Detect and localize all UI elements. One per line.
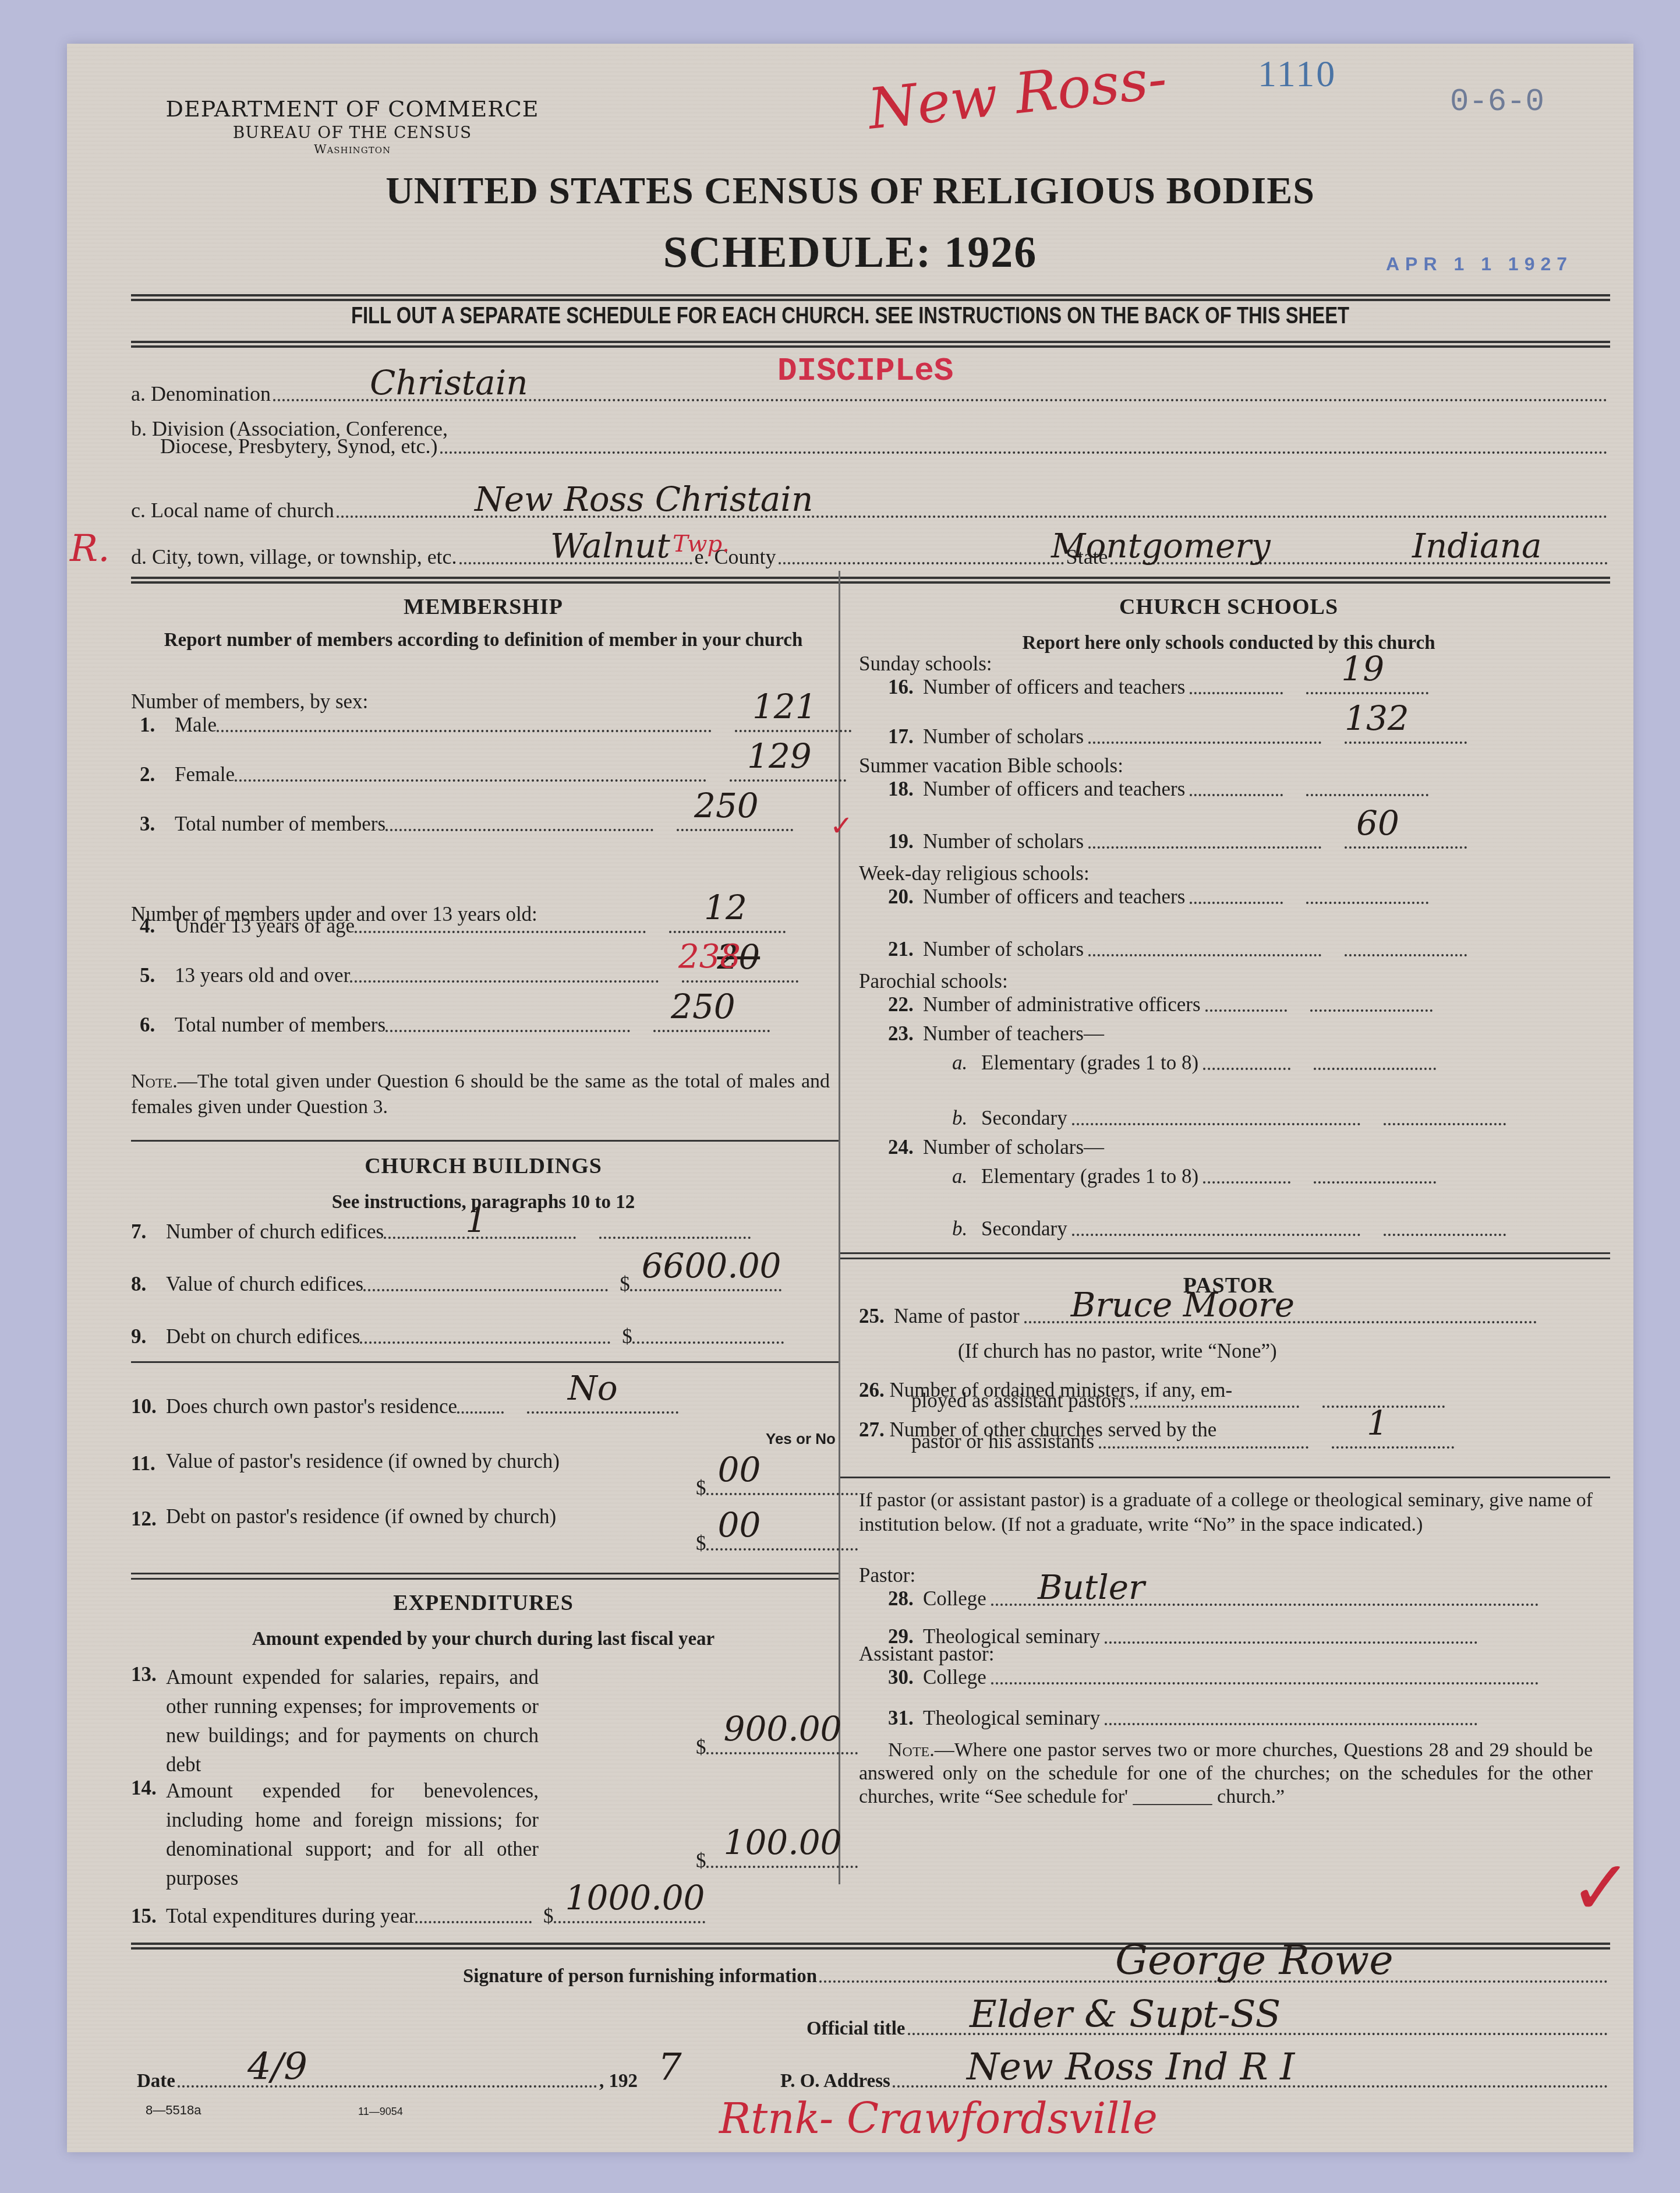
department-name: DEPARTMENT OF COMMERCE <box>143 96 562 122</box>
graduate-instruction: If pastor (or assistant pastor) is a gra… <box>859 1488 1593 1537</box>
expenditures-item-running[interactable]: 13. Amount expended for salaries, repair… <box>131 1663 713 1779</box>
schools-group-weekday: Week-day religious schools: <box>859 862 1090 885</box>
buildings-divider <box>131 1361 839 1363</box>
city-name: Washington <box>143 142 562 156</box>
edifices-value: 6600.00 <box>642 1246 781 1286</box>
schools-divider <box>840 1252 1610 1259</box>
expenditures-title: EXPENDITURES <box>131 1590 836 1616</box>
schools-item-16[interactable]: 16. Number of officers and teachers 19 <box>888 676 1428 699</box>
membership-item-total[interactable]: 3. Total number of members 250 <box>140 813 793 836</box>
elementary-teachers-input <box>1314 1068 1436 1070</box>
schools-item-17[interactable]: 17. Number of scholars 132 <box>888 725 1467 748</box>
header-divider <box>131 294 1610 301</box>
benevolences-value: 100.00 <box>724 1823 842 1862</box>
pastor-college-value: Butler <box>1038 1567 1145 1607</box>
local-name-field[interactable]: c. Local name of church New Ross Christa… <box>131 498 1610 522</box>
year-prefix: , 192 <box>599 2071 638 2092</box>
denomination-field[interactable]: a. Denomination Christain <box>131 382 1610 406</box>
admin-officers-input <box>1310 1009 1433 1012</box>
pastor-education-label: Pastor: <box>859 1564 915 1587</box>
membership-item-male[interactable]: 1. Male 121 <box>140 714 851 737</box>
schools-item-19[interactable]: 19. Number of scholars 60 <box>888 830 1467 853</box>
schools-item-23b[interactable]: b. Secondary <box>952 1107 1506 1130</box>
city-value: Walnut <box>550 526 670 566</box>
department-header: DEPARTMENT OF COMMERCE BUREAU OF THE CEN… <box>143 96 562 156</box>
male-count: 121 <box>752 687 817 726</box>
official-title-value: Elder & Supt-SS <box>970 1993 1281 2036</box>
official-title-label: Official title <box>807 2018 906 2040</box>
pastor-item-name[interactable]: 25. Name of pastor Bruce Moore <box>859 1305 1537 1328</box>
signature-value: George Rowe <box>1115 1936 1393 1984</box>
county-line <box>779 562 1064 564</box>
pastor-item-30[interactable]: 30. College <box>888 1666 1538 1689</box>
date-field[interactable]: Date , 192 4/9 7 <box>137 2071 719 2092</box>
instruction-divider <box>131 341 1610 348</box>
pastor-none-hint: (If church has no pastor, write “None”) <box>958 1340 1277 1363</box>
po-address-value: New Ross Ind R I <box>967 2046 1295 2089</box>
margin-r-mark: R. <box>70 527 110 570</box>
expenditures-item-benevolences[interactable]: 14. Amount expended for benevolences, in… <box>131 1777 713 1893</box>
membership-item-female[interactable]: 2. Female 129 <box>140 763 846 786</box>
membership-item-total-q6[interactable]: 6. Total number of members 250 <box>140 1013 770 1037</box>
schools-title: CHURCH SCHOOLS <box>847 594 1610 620</box>
total-count-q6: 250 <box>671 987 735 1026</box>
po-address-field[interactable]: P. O. Address New Ross Ind R I <box>780 2071 1610 2092</box>
summer-scholars-value: 60 <box>1356 803 1399 843</box>
summer-teachers-input <box>1306 794 1428 796</box>
date-label: Date <box>137 2071 175 2092</box>
buildings-item-residence-debt[interactable]: 12. Debt on pastor's residence (if owned… <box>131 1503 713 1531</box>
red-check-margin: ✓ <box>1569 1844 1633 1932</box>
fill-out-instruction: FILL OUT A SEPARATE SCHEDULE FOR EACH CH… <box>208 303 1492 329</box>
form-code-2: 11—9054 <box>358 2106 403 2118</box>
pastor-divider <box>840 1477 1610 1478</box>
red-check-q3: ✓ <box>830 810 853 842</box>
schools-group-parochial: Parochial schools: <box>859 970 1008 993</box>
local-name-label: c. Local name of church <box>131 498 334 522</box>
assistant-college-input <box>991 1682 1538 1685</box>
state-value: Indiana <box>1412 526 1541 566</box>
membership-item-under-13[interactable]: 4. Under 13 years of age 12 <box>140 914 786 938</box>
division-line <box>440 451 1608 454</box>
pastor-item-31[interactable]: 31. Theological seminary <box>888 1707 1477 1730</box>
benevolences-field[interactable]: $ 100.00 <box>684 1849 858 1873</box>
edifices-debt-input <box>632 1341 784 1344</box>
owns-residence-value: No <box>568 1368 618 1408</box>
assistant-education-label: Assistant pastor: <box>859 1643 994 1666</box>
signature-label: Signature of person furnishing informati… <box>463 1966 817 1987</box>
membership-subtitle: Report number of members according to de… <box>154 626 812 654</box>
residence-debt-field[interactable]: $ 00 <box>684 1532 858 1555</box>
buildings-item-owns-residence[interactable]: 10. Does church own pastor's residence N… <box>131 1395 678 1418</box>
po-address-label: P. O. Address <box>780 2071 890 2092</box>
pastor-seminary-input <box>1105 1641 1477 1644</box>
pastor-item-28[interactable]: 28. College Butler <box>888 1587 1538 1611</box>
expenditures-subtitle: Amount expended by your church during la… <box>131 1625 836 1653</box>
buildings-bottom-divider <box>131 1573 839 1580</box>
schools-item-24b[interactable]: b. Secondary <box>952 1217 1506 1241</box>
sunday-scholars-value: 132 <box>1345 698 1409 738</box>
residence-value-field[interactable]: $ 00 <box>684 1477 858 1500</box>
pastor-item-26[interactable]: ployed as assistant pastors <box>911 1389 1445 1412</box>
membership-divider <box>131 1140 839 1142</box>
date-value: 4/9 <box>247 2046 307 2089</box>
schools-group-sunday: Sunday schools: <box>859 652 992 676</box>
weekday-teachers-input <box>1306 902 1428 904</box>
red-annotation-crawfordsville: Rtnk- Crawfordsville <box>719 2094 1158 2143</box>
form-title: UNITED STATES CENSUS OF RELIGIOUS BODIES <box>67 169 1633 213</box>
other-churches-value: 1 <box>1367 1403 1388 1443</box>
code-stamp: 0-6-0 <box>1450 84 1544 120</box>
city-value-twp: Twp. <box>673 531 730 557</box>
total-count-q3: 250 <box>694 786 759 825</box>
schools-item-18[interactable]: 18. Number of officers and teachers <box>888 778 1428 801</box>
date-line <box>178 2085 597 2088</box>
year-value: 7 <box>658 2046 682 2089</box>
expenditures-item-total[interactable]: 15. Total expenditures during year $ 100… <box>131 1905 705 1928</box>
membership-group-sex: Number of members, by sex: <box>131 690 368 714</box>
running-expenses-field[interactable]: $ 900.00 <box>684 1736 858 1759</box>
running-expenses-value: 900.00 <box>724 1709 842 1749</box>
schools-item-22[interactable]: 22. Number of administrative officers <box>888 993 1433 1016</box>
assistant-seminary-input <box>1105 1723 1477 1725</box>
division-label-line2: Diocese, Presbytery, Synod, etc.) <box>131 434 438 458</box>
schools-group-summer: Summer vacation Bible schools: <box>859 754 1123 778</box>
serial-number-stamp: 1110 <box>1258 52 1336 96</box>
schools-item-24a[interactable]: a. Elementary (grades 1 to 8) <box>952 1165 1436 1188</box>
weekday-scholars-input <box>1345 954 1467 956</box>
buildings-title: CHURCH BUILDINGS <box>131 1153 836 1179</box>
secondary-teachers-input <box>1384 1123 1506 1125</box>
membership-note: Note.—The total given under Question 6 s… <box>131 1069 830 1120</box>
total-expenditures-value: 1000.00 <box>565 1878 705 1917</box>
schools-item-23: 23. Number of teachers— <box>888 1022 1104 1046</box>
received-date-stamp: APR 1 1 1927 <box>1386 253 1573 275</box>
schools-item-20[interactable]: 20. Number of officers and teachers <box>888 885 1428 909</box>
bureau-name: BUREAU OF THE CENSUS <box>143 123 562 142</box>
secondary-scholars-input <box>1384 1234 1506 1236</box>
pastor-note: Note.—Where one pastor serves two or mor… <box>859 1739 1593 1809</box>
city-label: d. City, town, village, or township, etc… <box>131 545 457 569</box>
census-form-sheet: DEPARTMENT OF COMMERCE BUREAU OF THE CEN… <box>67 44 1633 2152</box>
schools-item-23a[interactable]: a. Elementary (grades 1 to 8) <box>952 1051 1436 1075</box>
buildings-item-debt[interactable]: 9. Debt on church edifices $ <box>131 1325 784 1348</box>
membership-title: MEMBERSHIP <box>131 594 836 620</box>
yes-or-no-hint: Yes or No <box>766 1430 836 1448</box>
female-count: 129 <box>747 736 812 776</box>
residence-debt: 00 <box>718 1505 761 1545</box>
residence-value: 00 <box>718 1450 761 1489</box>
sunday-teachers-value: 19 <box>1341 649 1384 688</box>
buildings-item-value[interactable]: 8. Value of church edifices $ 6600.00 <box>131 1273 781 1296</box>
pastor-item-27[interactable]: pastor or his assistants 1 <box>911 1430 1454 1453</box>
edifices-count: 1 <box>465 1200 487 1240</box>
red-correction-238: 238 <box>678 938 741 976</box>
county-value: Montgomery <box>1051 526 1271 566</box>
denomination-label: a. Denomination <box>131 382 271 406</box>
schools-item-21[interactable]: 21. Number of scholars <box>888 938 1467 961</box>
signature-field[interactable]: Signature of person furnishing informati… <box>463 1966 1610 1987</box>
identity-divider <box>131 577 1610 584</box>
red-annotation-new-ross: New Ross- <box>865 45 1170 142</box>
buildings-item-residence-value[interactable]: 11. Value of pastor's residence (if owne… <box>131 1447 713 1475</box>
schools-item-24: 24. Number of scholars— <box>888 1136 1104 1159</box>
buildings-item-edifices[interactable]: 7. Number of church edifices 1 <box>131 1220 751 1244</box>
form-code-1: 8—5518a <box>146 2103 201 2118</box>
under-13-count: 12 <box>704 888 747 927</box>
division-field[interactable]: Diocese, Presbytery, Synod, etc.) <box>131 434 1610 458</box>
local-name-value: New Ross Christain <box>475 479 813 519</box>
location-field[interactable]: d. City, town, village, or township, etc… <box>131 545 1610 569</box>
elementary-scholars-input <box>1314 1181 1436 1184</box>
pastor-name-value: Bruce Moore <box>1071 1285 1295 1325</box>
denomination-value: Christain <box>370 363 528 402</box>
official-title-field[interactable]: Official title Elder & Supt-SS <box>807 2018 1610 2040</box>
